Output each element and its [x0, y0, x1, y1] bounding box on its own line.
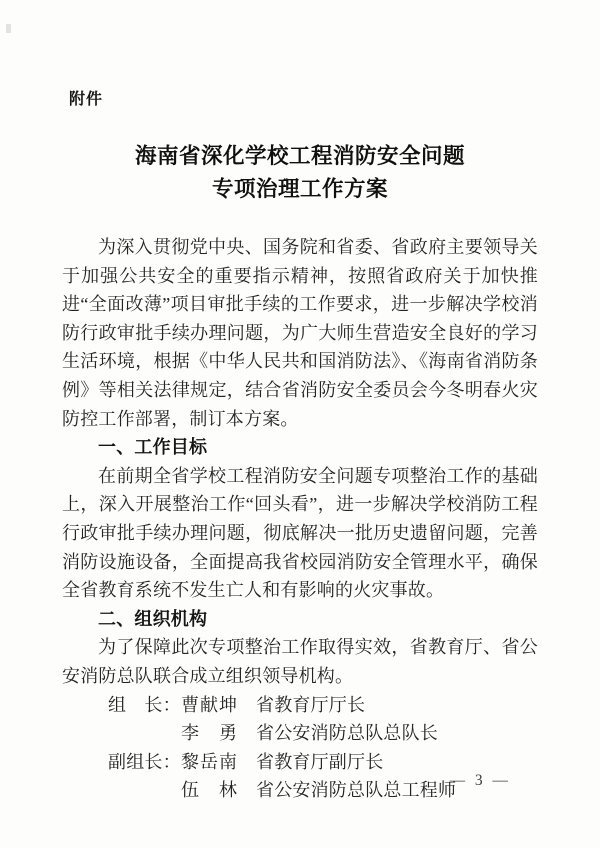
- roster-row: 李 勇 省公安消防总队总队长: [108, 719, 538, 748]
- roster-name: 曹献坤: [181, 691, 256, 720]
- section2-heading: 二、组织机构: [62, 605, 538, 634]
- document-title-line1: 海南省深化学校工程消防安全问题: [0, 140, 600, 173]
- roster-name: 黎岳南: [181, 748, 256, 777]
- document-body: 为深入贯彻党中央、国务院和省委、省政府主要领导关于加强公共安全的重要指示精神，按…: [62, 233, 538, 805]
- roster-title: 省公安消防总队总队长: [256, 719, 538, 748]
- roster-row: 组 长： 曹献坤 省教育厅厅长: [108, 691, 538, 720]
- intro-paragraph: 为深入贯彻党中央、国务院和省委、省政府主要领导关于加强公共安全的重要指示精神，按…: [62, 233, 538, 433]
- attachment-label: 附件: [69, 86, 103, 109]
- section2-paragraph: 为了保障此次专项整治工作取得实效，省教育厅、省公安消防总队联合成立组织领导机构。: [62, 633, 538, 690]
- section1-heading: 一、工作目标: [62, 433, 538, 462]
- document-title: 海南省深化学校工程消防安全问题 专项治理工作方案: [0, 140, 600, 205]
- roster-role: 组 长：: [108, 691, 181, 720]
- roster-name: 伍 林: [181, 776, 256, 805]
- document-title-line2: 专项治理工作方案: [0, 173, 600, 206]
- scanned-document-page: 附件 海南省深化学校工程消防安全问题 专项治理工作方案 为深入贯彻党中央、国务院…: [0, 0, 600, 848]
- page-number: — 3 —: [450, 772, 512, 790]
- roster-name: 李 勇: [181, 719, 256, 748]
- section1-paragraph: 在前期全省学校工程消防安全问题专项整治工作的基础上，深入开展整治工作“回头看”，…: [62, 462, 538, 605]
- roster-role: 副组长：: [108, 748, 181, 777]
- roster-title: 省教育厅厅长: [256, 691, 538, 720]
